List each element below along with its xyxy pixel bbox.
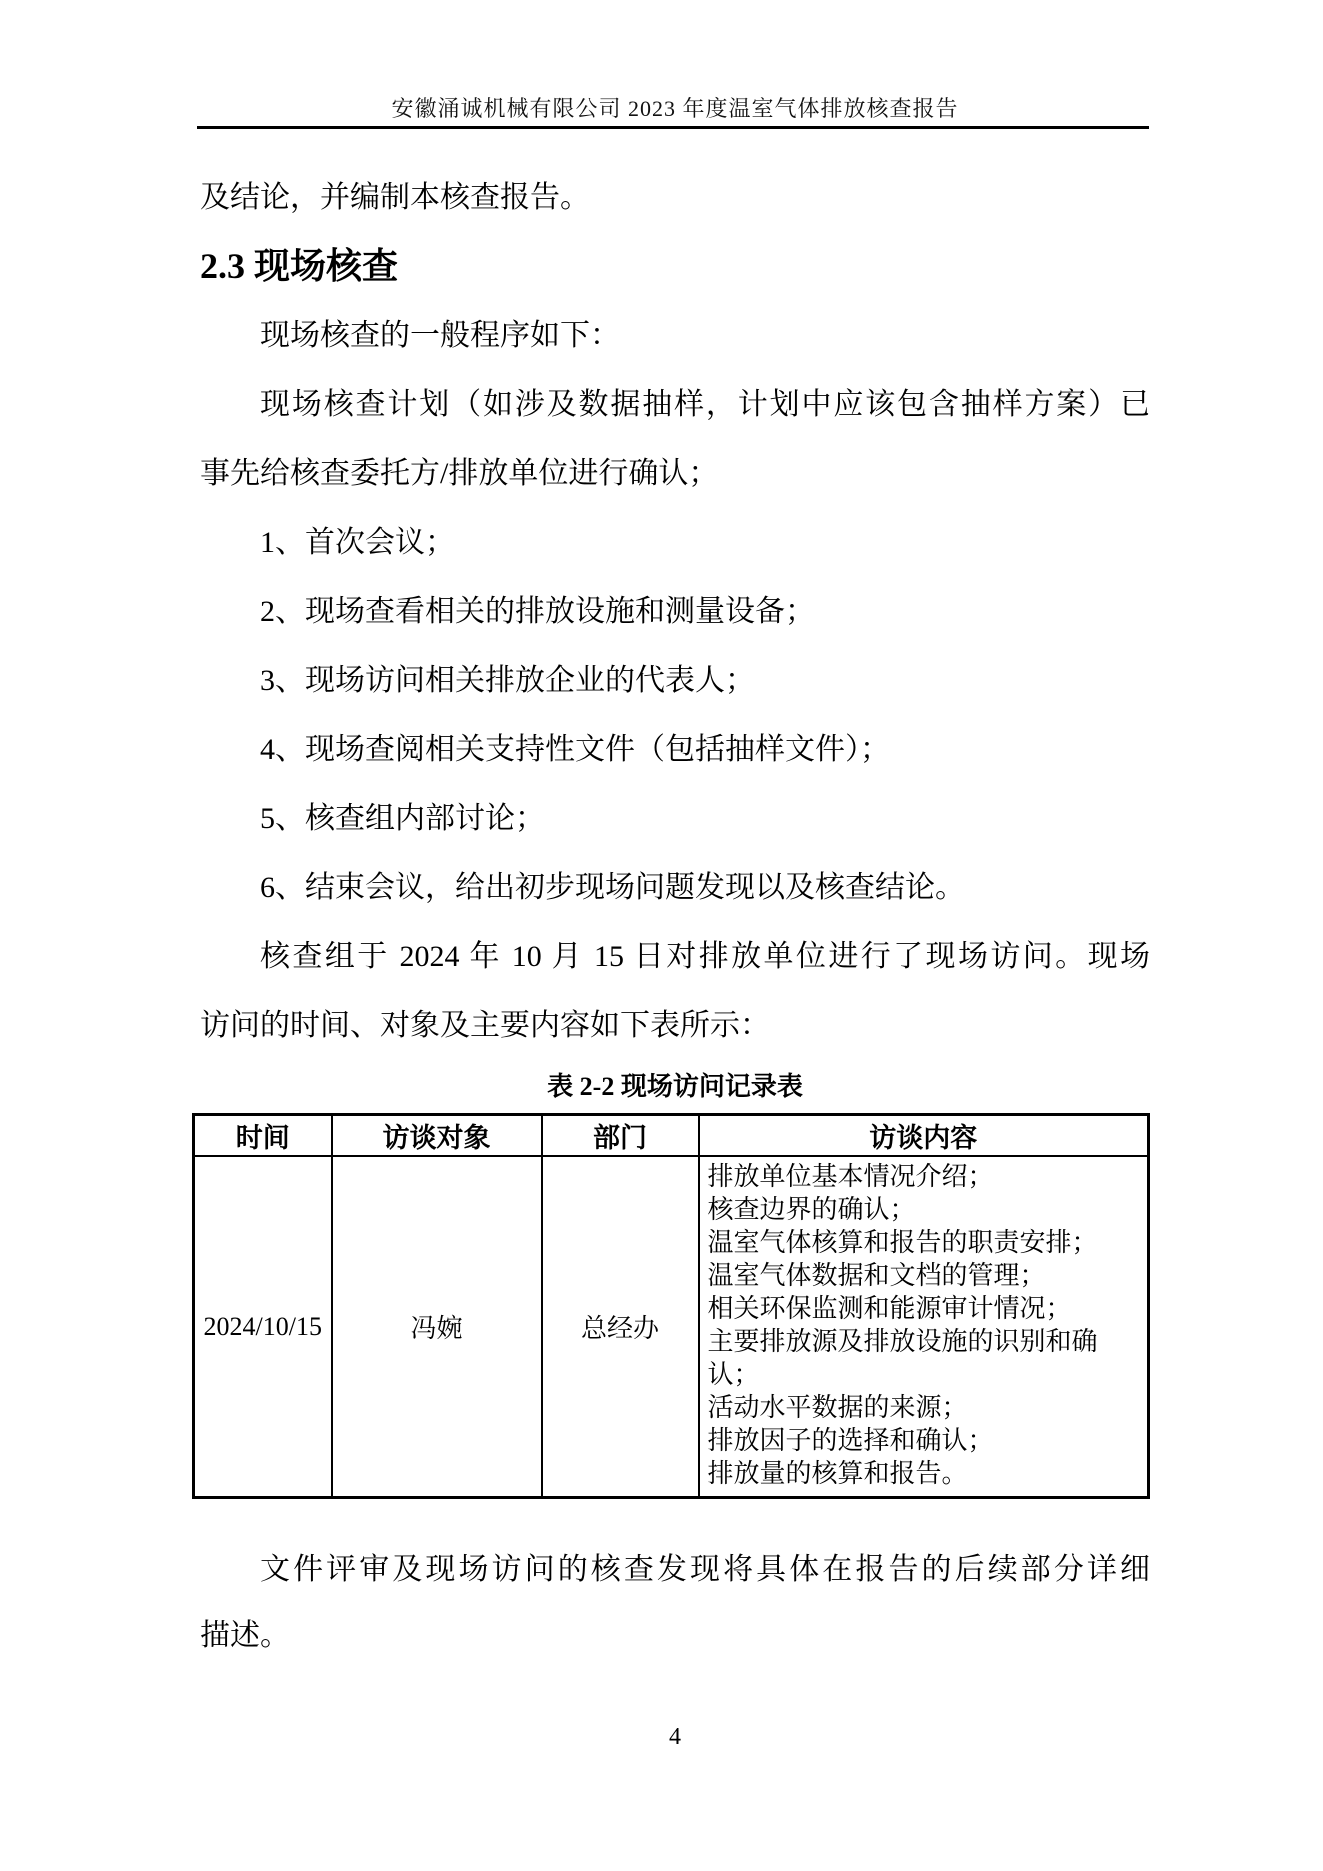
- page-number: 4: [200, 1722, 1150, 1752]
- paragraph-line: 描述。: [200, 1603, 1150, 1669]
- header-divider-rule: [197, 126, 1149, 129]
- body-text-block: 及结论，并编制本核查报告。 2.3 现场核查 现场核查的一般程序如下： 现场核查…: [200, 163, 1150, 1060]
- paragraph-line: 文件评审及现场访问的核查发现将具体在报告的后续部分详细: [200, 1537, 1150, 1603]
- list-item-4: 4、现场查阅相关支持性文件（包括抽样文件）；: [200, 715, 1150, 784]
- document-page: 安徽涌诚机械有限公司 2023 年度温室气体排放核查报告 及结论，并编制本核查报…: [0, 0, 1323, 1871]
- list-item-1: 1、首次会议；: [200, 508, 1150, 577]
- col-header-department: 部门: [542, 1115, 699, 1157]
- paragraph-line: 现场核查的一般程序如下：: [200, 301, 1150, 370]
- cell-interviewee: 冯婉: [332, 1156, 542, 1498]
- cell-department: 总经办: [542, 1156, 699, 1498]
- list-item-6: 6、结束会议，给出初步现场问题发现以及核查结论。: [200, 853, 1150, 922]
- paragraph-line: 及结论，并编制本核查报告。: [200, 163, 1150, 232]
- list-item-2: 2、现场查看相关的排放设施和测量设备；: [200, 577, 1150, 646]
- paragraph-line: 现场核查计划（如涉及数据抽样，计划中应该包含抽样方案）已: [200, 370, 1150, 439]
- section-heading: 2.3 现场核查: [200, 232, 1150, 301]
- cell-time: 2024/10/15: [194, 1156, 332, 1498]
- col-header-time: 时间: [194, 1115, 332, 1157]
- table-caption: 表 2-2 现场访问记录表: [200, 1060, 1150, 1113]
- closing-text-block: 文件评审及现场访问的核查发现将具体在报告的后续部分详细 描述。: [200, 1537, 1150, 1669]
- paragraph-line: 事先给核查委托方/排放单位进行确认；: [200, 439, 1150, 508]
- col-header-content: 访谈内容: [699, 1115, 1149, 1157]
- table-header-row: 时间 访谈对象 部门 访谈内容: [194, 1115, 1149, 1157]
- site-visit-record-table: 时间 访谈对象 部门 访谈内容 2024/10/15 冯婉 总经办 排放单位基本…: [192, 1113, 1150, 1499]
- cell-interview-content: 排放单位基本情况介绍； 核查边界的确认； 温室气体核算和报告的职责安排； 温室气…: [699, 1156, 1149, 1498]
- table-row: 2024/10/15 冯婉 总经办 排放单位基本情况介绍； 核查边界的确认； 温…: [194, 1156, 1149, 1498]
- paragraph-line: 访问的时间、对象及主要内容如下表所示：: [200, 991, 1150, 1060]
- list-item-3: 3、现场访问相关排放企业的代表人；: [200, 646, 1150, 715]
- running-header-title: 安徽涌诚机械有限公司 2023 年度温室气体排放核查报告: [200, 94, 1150, 124]
- list-item-5: 5、核查组内部讨论；: [200, 784, 1150, 853]
- paragraph-line: 核查组于 2024 年 10 月 15 日对排放单位进行了现场访问。现场: [200, 922, 1150, 991]
- col-header-interviewee: 访谈对象: [332, 1115, 542, 1157]
